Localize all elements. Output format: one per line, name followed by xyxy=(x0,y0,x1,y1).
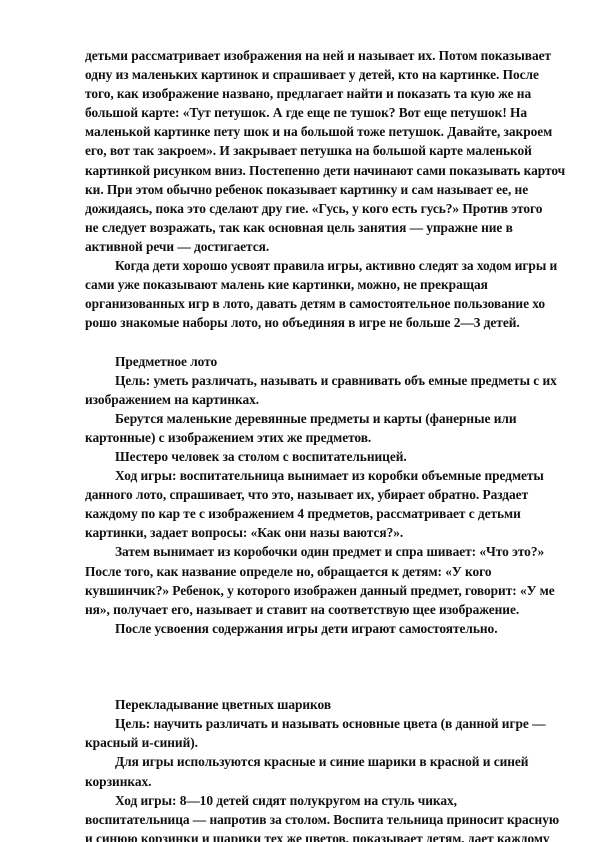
text-line: Для игры используются красные и синие ша… xyxy=(85,752,525,771)
section-heading: Перекладывание цветных шариков xyxy=(85,695,525,714)
section-predmetnoe-loto: Предметное лото Цель: уметь различать, н… xyxy=(85,352,525,638)
text-line: не следует возражать, так как основная ц… xyxy=(85,218,525,237)
section-intro-continued: детьми рассматривает изображения на ней … xyxy=(85,46,525,332)
text-line: того, как изображение названо, предлагае… xyxy=(85,84,525,103)
text-line: корзинках. xyxy=(85,772,525,791)
text-line: данного лото, спрашивает, что это, назыв… xyxy=(85,485,525,504)
text-line: изображением на картинках. xyxy=(85,390,525,409)
text-line: и синюю корзинки и шарики тех же цветов,… xyxy=(85,829,525,842)
text-line: каждому по кар те с изображением 4 предм… xyxy=(85,504,525,523)
text-line: красный и-синий). xyxy=(85,733,525,752)
text-line: сами уже показывают малень кие картинки,… xyxy=(85,275,525,294)
text-line: ки. При этом обычно ребенок показывает к… xyxy=(85,180,525,199)
text-line: ня», получает его, называет и ставит на … xyxy=(85,600,525,619)
text-line: рошо знакомые наборы лото, но объединяя … xyxy=(85,313,525,332)
text-line: Цель: научить различать и называть основ… xyxy=(85,714,525,733)
text-line: картонные) с изображением этих же предме… xyxy=(85,428,525,447)
text-line: Шестеро человек за столом с воспитательн… xyxy=(85,447,525,466)
text-line: дожидаясь, пока это сделают дру гие. «Гу… xyxy=(85,199,525,218)
text-line: Ход игры: 8—10 детей сидят полукругом на… xyxy=(85,791,525,810)
text-line: большой карте: «Тут петушок. А где еще п… xyxy=(85,103,525,122)
text-line: одну из маленьких картинок и спрашивает … xyxy=(85,65,525,84)
text-line: картинки, задает вопросы: «Как они назы … xyxy=(85,523,525,542)
text-line: детьми рассматривает изображения на ней … xyxy=(85,46,525,65)
section-perekladyvanie-sharikov: Перекладывание цветных шариков Цель: нау… xyxy=(85,695,525,842)
section-heading: Предметное лото xyxy=(85,352,525,371)
text-line: его, вот так закроем». И закрывает петуш… xyxy=(85,141,525,160)
text-line: воспитательница — напротив за столом. Во… xyxy=(85,810,525,829)
text-line: картинкой рисунком вниз. Постепенно дети… xyxy=(85,161,525,180)
document-page: детьми рассматривает изображения на ней … xyxy=(85,46,525,842)
text-line: маленькой картинке пету шок и на большой… xyxy=(85,122,525,141)
spacer xyxy=(85,332,525,351)
spacer xyxy=(85,638,525,695)
text-line: кувшинчик?» Ребенок, у которого изображе… xyxy=(85,581,525,600)
text-line: Когда дети хорошо усвоят правила игры, а… xyxy=(85,256,525,275)
text-line: Берутся маленькие деревянные предметы и … xyxy=(85,409,525,428)
text-line: Цель: уметь различать, называть и сравни… xyxy=(85,371,525,390)
text-line: организованных игр в лото, давать детям … xyxy=(85,294,525,313)
text-line: Ход игры: воспитательница вынимает из ко… xyxy=(85,466,525,485)
text-line: После усвоения содержания игры дети игра… xyxy=(85,619,525,638)
text-line: активной речи — достигается. xyxy=(85,237,525,256)
text-line: После того, как название определе но, об… xyxy=(85,562,525,581)
text-line: Затем вынимает из коробочки один предмет… xyxy=(85,542,525,561)
